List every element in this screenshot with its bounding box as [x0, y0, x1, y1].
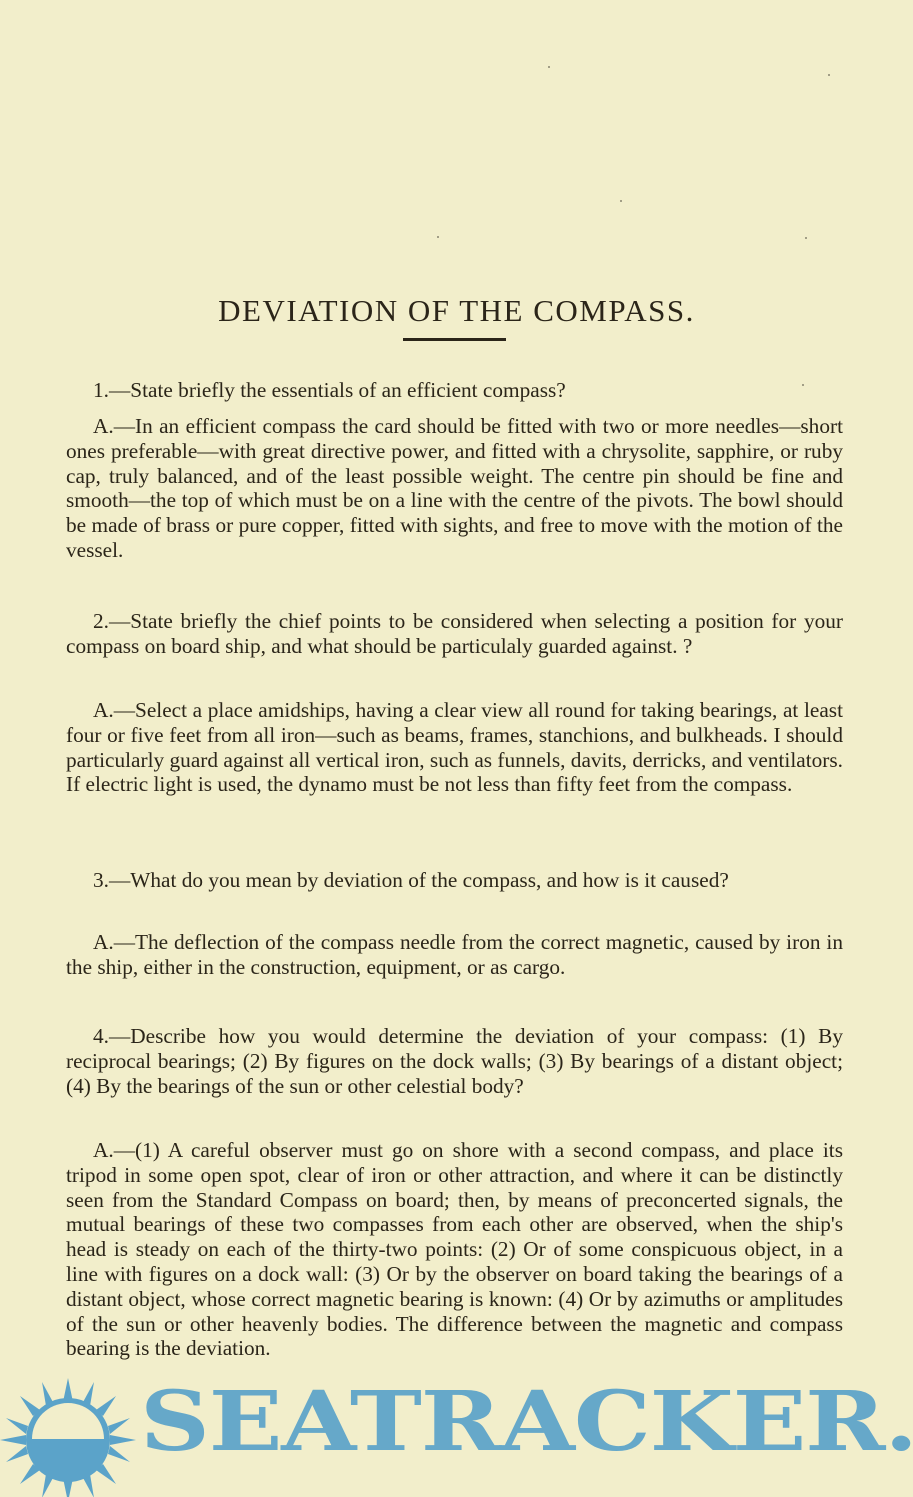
watermark-text: SEATRACKER.RU — [140, 1381, 913, 1463]
question-1-text: 1.—State briefly the essentials of an ef… — [66, 378, 843, 403]
answer-3-text: A.—The deflection of the compass needle … — [66, 930, 843, 980]
paper-speck — [802, 384, 804, 386]
answer-4: A.—(1) A careful observer must go on sho… — [66, 1138, 843, 1361]
book-page: DEVIATION OF THE COMPASS. 1.—State brief… — [0, 0, 913, 1497]
question-3-text: 3.—What do you mean by deviation of the … — [66, 868, 843, 893]
question-4-text: 4.—Describe how you would determine the … — [66, 1024, 843, 1098]
title-rule-divider — [403, 338, 506, 341]
question-2-text: 2.—State briefly the chief points to be … — [66, 609, 843, 659]
page-title: DEVIATION OF THE COMPASS. — [0, 293, 913, 329]
answer-3: A.—The deflection of the compass needle … — [66, 930, 843, 980]
paper-speck — [548, 66, 550, 68]
answer-1-text: A.—In an efficient compass the card shou… — [66, 414, 843, 563]
paper-speck — [828, 74, 830, 76]
question-4: 4.—Describe how you would determine the … — [66, 1024, 843, 1098]
answer-1: A.—In an efficient compass the card shou… — [66, 414, 843, 563]
paper-speck — [805, 237, 807, 239]
question-2: 2.—State briefly the chief points to be … — [66, 609, 843, 659]
paper-speck — [437, 236, 439, 238]
question-1: 1.—State briefly the essentials of an ef… — [66, 378, 843, 403]
answer-2-text: A.—Select a place amidships, having a cl… — [66, 698, 843, 797]
question-3: 3.—What do you mean by deviation of the … — [66, 868, 843, 893]
paper-speck — [620, 200, 622, 202]
answer-2: A.—Select a place amidships, having a cl… — [66, 698, 843, 797]
answer-4-text: A.—(1) A careful observer must go on sho… — [66, 1138, 843, 1361]
